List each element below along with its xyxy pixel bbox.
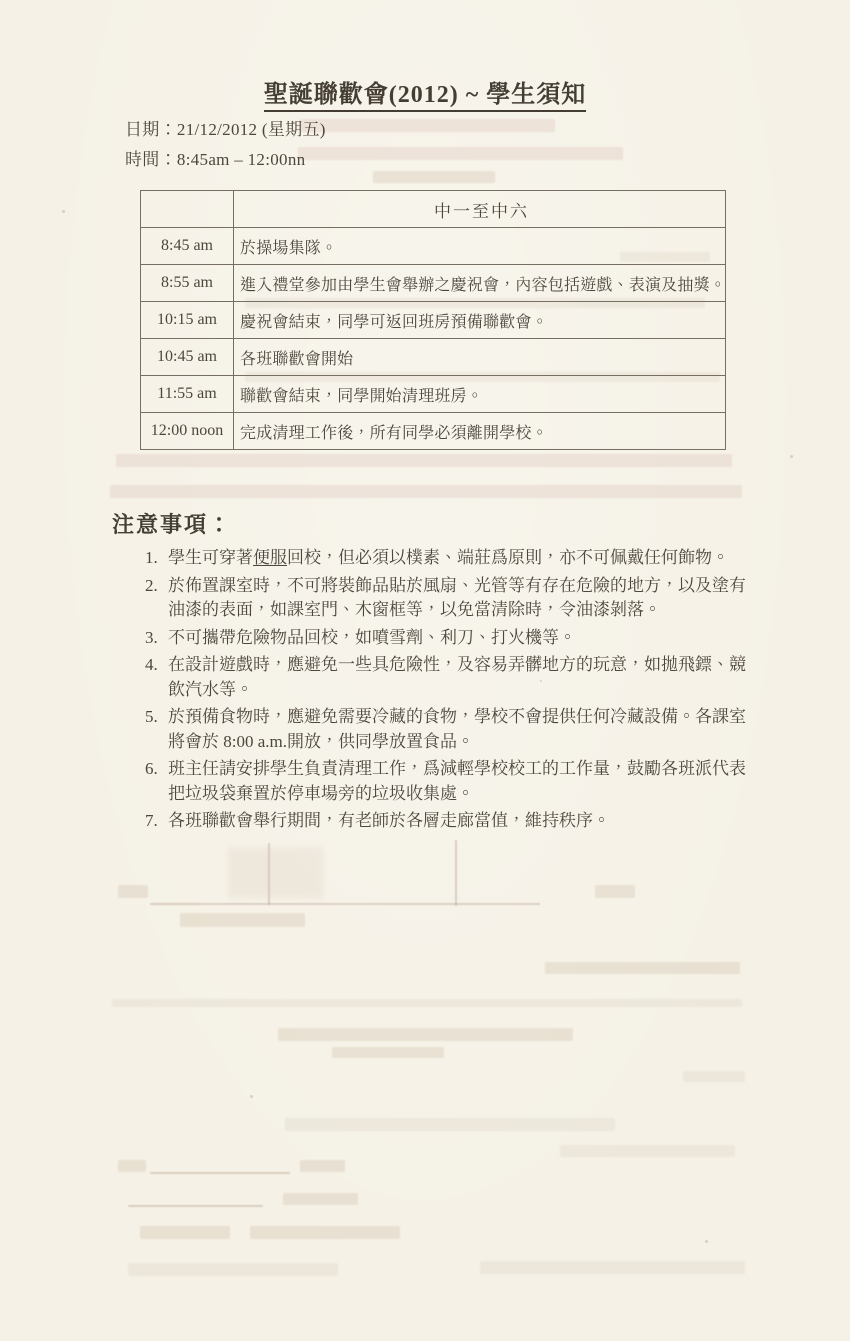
note-item: 5. 於預備食物時，應避免需要冷藏的食物，學校不會提供任何冷藏設備。各課室將會於… [145,705,755,754]
note-item: 6. 班主任請安排學生負責清理工作，爲減輕學校校工的工作量，鼓勵各班派代表把垃圾… [145,757,755,806]
bleed-through-artifact [128,1263,338,1276]
note-number: 7. [145,809,165,834]
schedule-row: 8:45 am 於操場集隊。 [141,228,726,265]
bleed-through-artifact [373,171,495,183]
page-title: 聖誕聯歡會(2012) ~ 學生須知 [0,74,850,112]
schedule-time: 10:45 am [141,339,234,376]
bleed-through-artifact [285,1118,615,1131]
schedule-row: 10:15 am 慶祝會結束，同學可返回班房預備聯歡會。 [141,302,726,339]
schedule-row: 12:00 noon 完成清理工作後，所有同學必須離開學校。 [141,413,726,450]
date-value: 21/12/2012 (星期五) [177,120,326,139]
note-item: 2. 於佈置課室時，不可將裝飾品貼於風扇、光管等有存在危險的地方，以及塗有油漆的… [145,574,755,623]
time-line: 時間：8:45am – 12:00nn [125,145,305,170]
notes-list: 1. 學生可穿著便服回校，但必須以樸素、端莊爲原則，亦不可佩戴任何飾物。 2. … [145,546,755,837]
bleed-through-artifact [595,885,635,898]
note-text-pre: 學生可穿著 [168,548,253,567]
schedule-header-row: 中一至中六 [141,191,726,228]
time-label: 時間： [125,150,177,169]
schedule-time: 8:45 am [141,228,234,265]
bleed-through-artifact [110,485,742,498]
bleed-through-artifact [545,962,740,974]
schedule-activity: 各班聯歡會開始 [234,339,726,376]
note-text: 不可攜帶危險物品回校，如噴雪劑、利刀、打火機等。 [168,626,750,651]
note-number: 3. [145,626,165,651]
bleed-through-artifact [268,843,270,905]
bleed-through-artifact [560,1145,735,1157]
bleed-through-artifact [228,848,323,898]
bleed-through-artifact [128,1205,263,1207]
note-text-post: 回校，但必須以樸素、端莊爲原則，亦不可佩戴任何飾物。 [287,548,729,567]
note-number: 4. [145,653,165,702]
schedule-activity: 完成清理工作後，所有同學必須離開學校。 [234,413,726,450]
date-label: 日期： [125,120,177,139]
bleed-through-artifact [298,147,623,160]
bleed-through-artifact [112,999,742,1007]
bleed-through-artifact [300,119,555,132]
schedule-activity: 進入禮堂參加由學生會舉辦之慶祝會，內容包括遊戲、表演及抽獎。 [234,265,726,302]
bleed-through-artifact [118,1160,146,1172]
bleed-through-artifact [283,1193,358,1205]
schedule-time: 8:55 am [141,265,234,302]
note-text: 於預備食物時，應避免需要冷藏的食物，學校不會提供任何冷藏設備。各課室將會於 8:… [168,705,750,754]
note-item: 3. 不可攜帶危險物品回校，如噴雪劑、利刀、打火機等。 [145,626,755,651]
bleed-through-artifact [683,1071,745,1082]
note-text: 學生可穿著便服回校，但必須以樸素、端莊爲原則，亦不可佩戴任何飾物。 [168,546,750,571]
bleed-through-artifact [480,1261,745,1274]
note-item: 4. 在設計遊戲時，應避免一些具危險性，及容易弄髒地方的玩意，如拋飛鏢、競飲汽水… [145,653,755,702]
note-item: 7. 各班聯歡會舉行期間，有老師於各層走廊當值，維持秩序。 [145,809,755,834]
note-number: 5. [145,705,165,754]
note-text: 班主任請安排學生負責清理工作，爲減輕學校校工的工作量，鼓勵各班派代表把垃圾袋棄置… [168,757,750,806]
bleed-through-artifact [278,1028,573,1041]
bleed-through-artifact [180,913,305,927]
notes-heading: 注意事項： [112,508,232,539]
scan-speck [62,210,65,213]
note-number: 1. [145,546,165,571]
time-value: 8:45am – 12:00nn [177,150,306,169]
table-header-grades: 中一至中六 [234,191,726,228]
scan-speck [705,1240,708,1243]
schedule-time: 11:55 am [141,376,234,413]
date-line: 日期：21/12/2012 (星期五) [125,115,326,140]
schedule-row: 10:45 am 各班聯歡會開始 [141,339,726,376]
schedule-time: 10:15 am [141,302,234,339]
page-title-text: 聖誕聯歡會(2012) ~ 學生須知 [264,74,586,112]
schedule-table: 中一至中六 8:45 am 於操場集隊。 8:55 am 進入禮堂參加由學生會舉… [140,190,726,450]
schedule-activity: 聯歡會結束，同學開始清理班房。 [234,376,726,413]
table-corner-cell [141,191,234,228]
bleed-through-artifact [250,1226,400,1239]
bleed-through-artifact [118,885,148,898]
note-number: 6. [145,757,165,806]
scan-speck [790,455,793,458]
note-text: 在設計遊戲時，應避免一些具危險性，及容易弄髒地方的玩意，如拋飛鏢、競飲汽水等。 [168,653,750,702]
bleed-through-artifact [116,454,732,467]
bleed-through-artifact [332,1047,444,1058]
bleed-through-artifact [455,840,457,906]
note-text: 各班聯歡會舉行期間，有老師於各層走廊當值，維持秩序。 [168,809,750,834]
bleed-through-artifact [150,1172,290,1174]
note-item: 1. 學生可穿著便服回校，但必須以樸素、端莊爲原則，亦不可佩戴任何飾物。 [145,546,755,571]
note-text-underlined: 便服 [253,548,287,567]
schedule-time: 12:00 noon [141,413,234,450]
schedule-activity: 於操場集隊。 [234,228,726,265]
bleed-through-artifact [140,1226,230,1239]
schedule-activity: 慶祝會結束，同學可返回班房預備聯歡會。 [234,302,726,339]
scan-speck [250,1095,253,1098]
schedule-row: 11:55 am 聯歡會結束，同學開始清理班房。 [141,376,726,413]
bleed-through-artifact [300,1160,345,1172]
note-text: 於佈置課室時，不可將裝飾品貼於風扇、光管等有存在危險的地方，以及塗有油漆的表面，… [168,574,750,623]
document-page: 聖誕聯歡會(2012) ~ 學生須知 日期：21/12/2012 (星期五) 時… [0,0,850,1341]
schedule-row: 8:55 am 進入禮堂參加由學生會舉辦之慶祝會，內容包括遊戲、表演及抽獎。 [141,265,726,302]
note-number: 2. [145,574,165,623]
bleed-through-artifact [150,903,540,905]
